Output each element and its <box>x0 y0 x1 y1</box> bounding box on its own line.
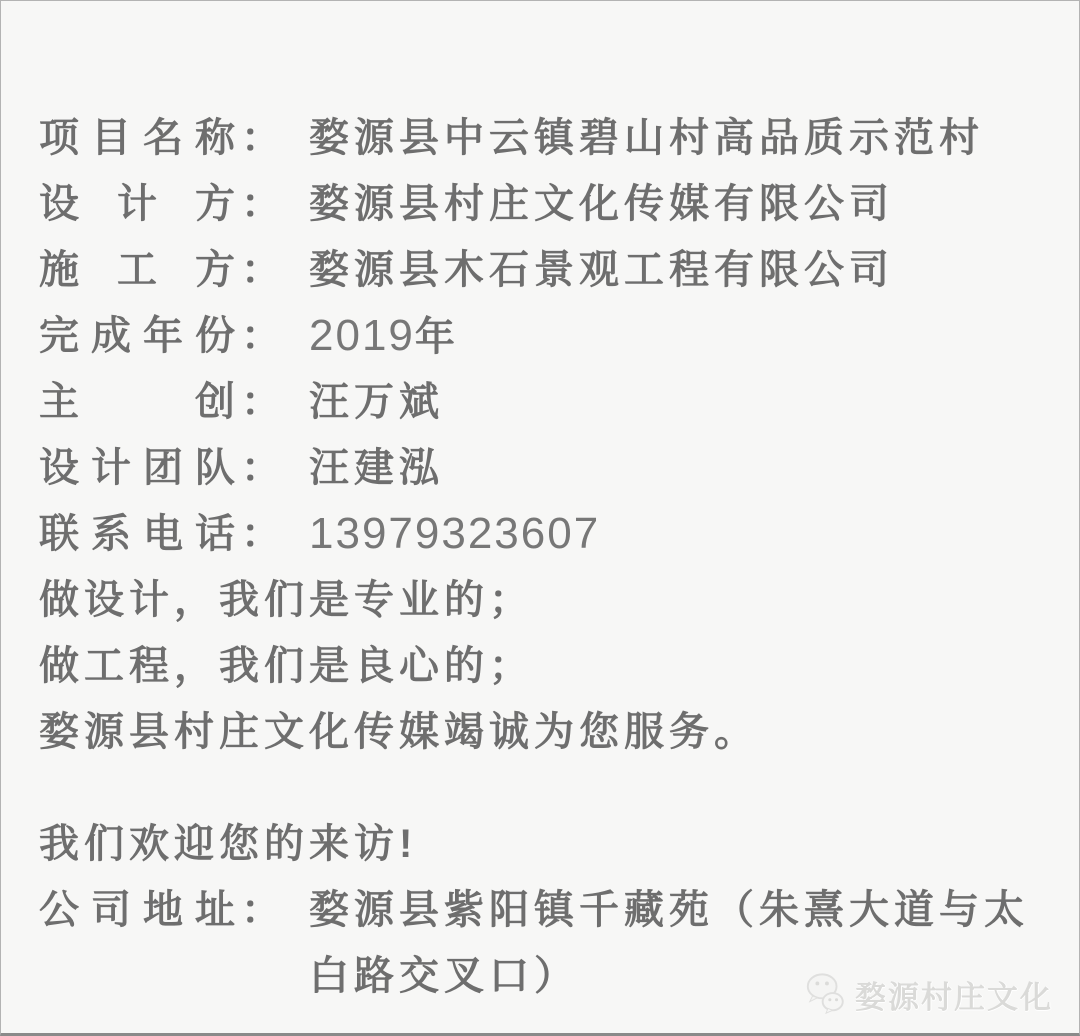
completion-year-value: 2019年 <box>309 303 460 370</box>
colon: ： <box>241 877 281 943</box>
colon: ： <box>241 303 281 369</box>
watermark-text: 婺源村庄文化 <box>855 972 1053 1017</box>
colon: ： <box>241 105 281 171</box>
phone-value: 13979323607 <box>309 501 600 568</box>
colon: ： <box>241 171 281 237</box>
info-row-design-team: 设计团队：汪建泓 <box>39 435 1041 501</box>
lead-creator-value: 汪万斌 <box>309 369 444 435</box>
designer-label: 设计方 <box>39 171 235 237</box>
colon: ： <box>241 369 281 435</box>
watermark: 婺源村庄文化 <box>803 971 1053 1017</box>
slogan-engineering: 做工程，我们是良心的； <box>39 633 1041 699</box>
designer-value: 婺源县村庄文化传媒有限公司 <box>309 171 894 237</box>
design-team-value: 汪建泓 <box>309 435 444 501</box>
year-number: 2019 <box>309 311 415 360</box>
info-row-designer: 设计方：婺源县村庄文化传媒有限公司 <box>39 171 1041 237</box>
phone-number: 13979323607 <box>309 509 600 558</box>
welcome-line: 我们欢迎您的来访! <box>39 811 1041 877</box>
wechat-icon <box>803 971 849 1017</box>
phone-label: 联系电话 <box>39 501 235 567</box>
info-row-lead-creator: 主创：汪万斌 <box>39 369 1041 435</box>
article-page: 项目名称：婺源县中云镇碧山村高品质示范村 设计方：婺源县村庄文化传媒有限公司 施… <box>0 0 1080 1036</box>
builder-value: 婺源县木石景观工程有限公司 <box>309 237 894 303</box>
colon: ： <box>241 435 281 501</box>
project-name-value: 婺源县中云镇碧山村高品质示范村 <box>309 105 984 171</box>
year-suffix: 年 <box>415 315 460 359</box>
info-row-phone: 联系电话：13979323607 <box>39 501 1041 567</box>
address-line-1: 婺源县紫阳镇千藏苑（朱熹大道与太 <box>309 877 1029 943</box>
colon: ： <box>241 237 281 303</box>
completion-year-label: 完成年份 <box>39 303 235 369</box>
info-row-project-name: 项目名称：婺源县中云镇碧山村高品质示范村 <box>39 105 1041 171</box>
design-team-label: 设计团队 <box>39 435 235 501</box>
lead-creator-label: 主创 <box>39 369 235 435</box>
project-name-label: 项目名称 <box>39 105 235 171</box>
builder-label: 施工方 <box>39 237 235 303</box>
info-row-builder: 施工方：婺源县木石景观工程有限公司 <box>39 237 1041 303</box>
slogan-service: 婺源县村庄文化传媒竭诚为您服务。 <box>39 699 1041 765</box>
address-head: 公司地址： <box>39 877 281 943</box>
info-row-completion-year: 完成年份：2019年 <box>39 303 1041 369</box>
colon: ： <box>241 501 281 567</box>
address-label: 公司地址 <box>39 877 235 943</box>
slogan-design: 做设计，我们是专业的； <box>39 567 1041 633</box>
